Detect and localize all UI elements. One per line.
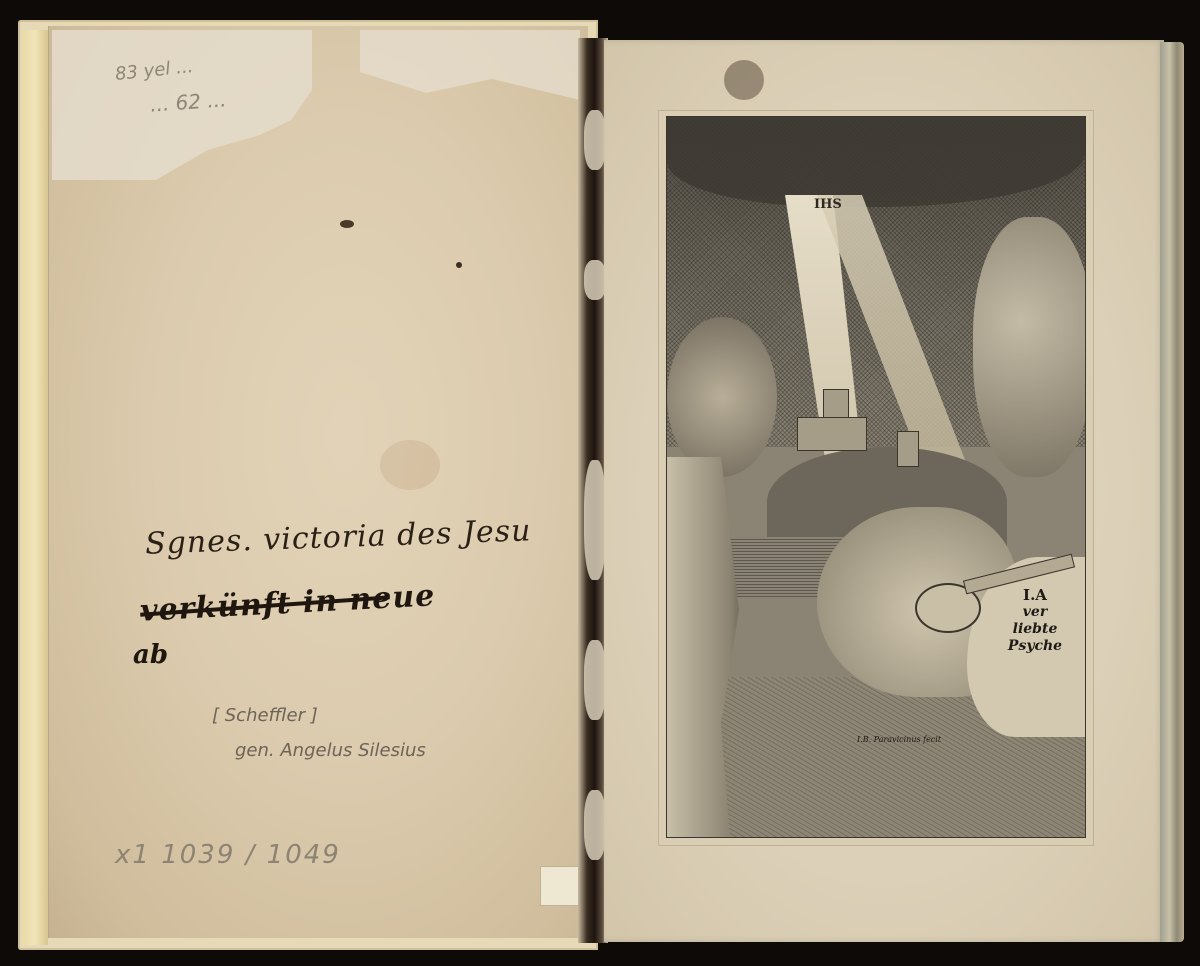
pencil-attribution-line-2: gen. Angelus Silesius [235, 740, 426, 761]
inscription-line-3: liebte [985, 621, 1085, 638]
ink-inscription-line-3: ab [133, 640, 168, 670]
frontispiece-engraving: IHS I.A ver liebte Psyche I.B. Paravicin… [666, 116, 1086, 838]
shelfmark-note: x1 1039 / 1049 [115, 840, 341, 870]
binding-thread [584, 790, 606, 860]
ink-spot [724, 60, 764, 100]
binding-thread [584, 260, 606, 300]
engraver-signature: I.B. Paravicinus fecit [857, 735, 941, 744]
ink-spot [456, 262, 462, 268]
foxing-stain [380, 440, 440, 490]
page-edges [1160, 42, 1184, 942]
pencil-attribution-line-1: [ Scheffler ] [212, 705, 318, 726]
castle-building [797, 417, 867, 451]
binding-thread [584, 460, 606, 580]
tree-right [973, 217, 1086, 477]
inscription-line-4: Psyche [985, 638, 1085, 655]
inscription-line-1: I.A [985, 587, 1085, 604]
castle-tower-small [897, 431, 919, 467]
vellum-edge [22, 30, 48, 945]
ihs-monogram: IHS [814, 197, 842, 212]
inscription-line-2: ver [985, 604, 1085, 621]
open-book: 83 yel ... ... 62 ... Sgnes. victoria de… [0, 0, 1200, 966]
ink-spot [340, 220, 354, 228]
tree-left [667, 317, 777, 477]
binding-thread [584, 640, 606, 720]
rock-inscription: I.A ver liebte Psyche [985, 587, 1085, 655]
binding-thread [584, 110, 606, 170]
